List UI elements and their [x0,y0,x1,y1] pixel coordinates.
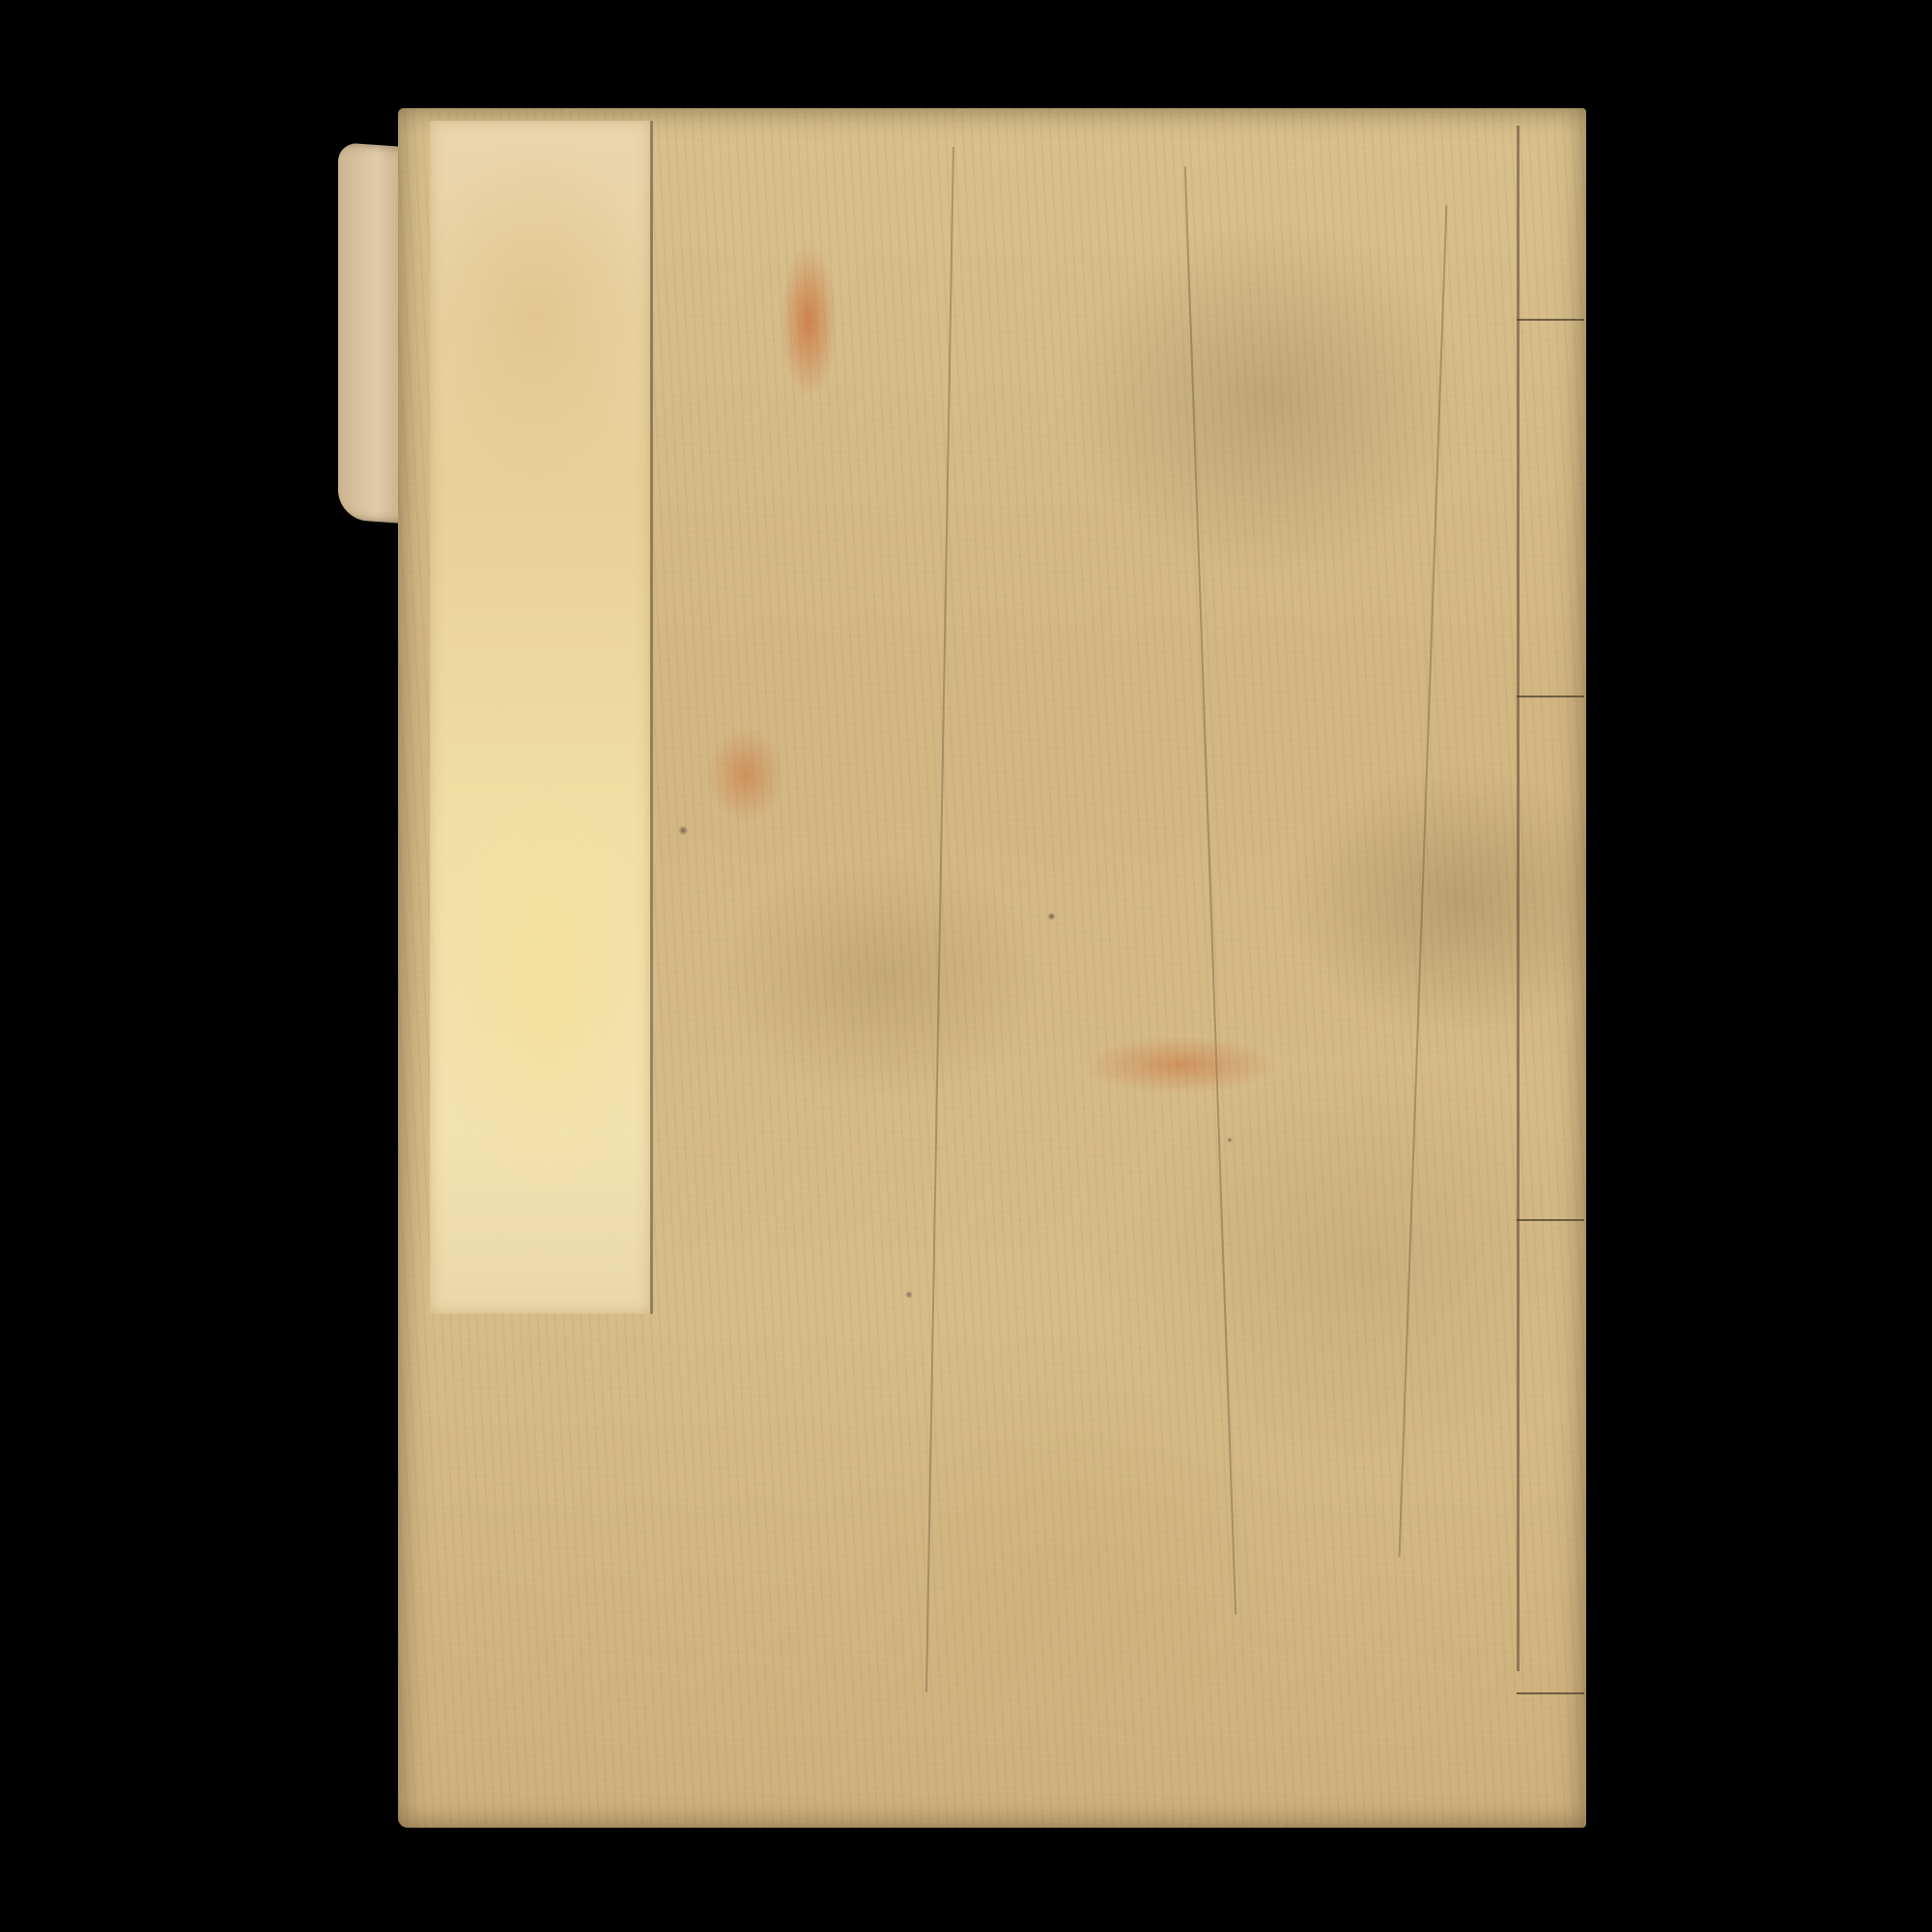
paper-crease [925,147,954,1692]
paper-crease [1399,205,1448,1556]
binding-stitch [1517,1219,1584,1221]
rust-stain [1084,1036,1277,1094]
rust-stain [707,726,784,823]
paper-crease [1184,166,1236,1614]
binding-stitch [1517,696,1584,697]
title-slip [430,121,653,1314]
rust-stain [780,243,838,398]
binding-stitch [1517,1692,1584,1694]
binding-stitch [1517,319,1584,321]
binding-spine-line [1517,126,1520,1671]
